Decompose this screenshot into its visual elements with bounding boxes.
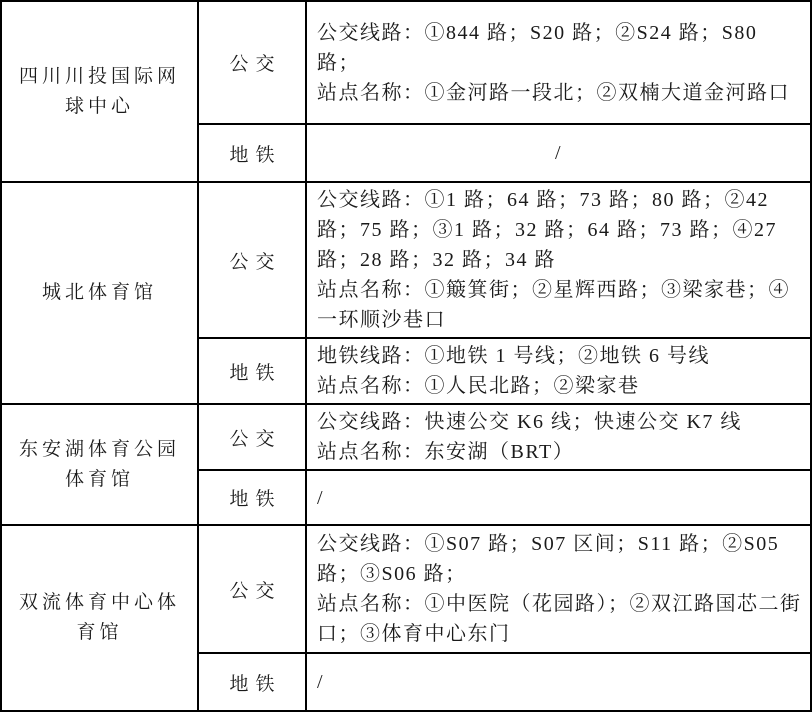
mode-cell-bus: 公交 [198,525,306,653]
table-row: 四川川投国际网球中心 公交 公交线路：①844 路；S20 路；②S24 路；S… [1,1,811,124]
detail-cell-bus: 公交线路：①S07 路；S07 区间；S11 路；②S05 路；③S06 路； … [306,525,811,653]
mode-cell-metro: 地铁 [198,124,306,182]
document-page: 四川川投国际网球中心 公交 公交线路：①844 路；S20 路；②S24 路；S… [0,0,812,713]
mode-cell-bus: 公交 [198,1,306,124]
mode-cell-metro: 地铁 [198,338,306,404]
mode-cell-bus: 公交 [198,404,306,470]
table-row: 城北体育馆 公交 公交线路：①1 路；64 路；73 路；80 路；②42 路；… [1,182,811,338]
detail-cell-metro: 地铁线路：①地铁 1 号线；②地铁 6 号线 站点名称：①人民北路；②梁家巷 [306,338,811,404]
table-row: 东安湖体育公园体育馆 公交 公交线路：快速公交 K6 线；快速公交 K7 线 站… [1,404,811,470]
transit-table: 四川川投国际网球中心 公交 公交线路：①844 路；S20 路；②S24 路；S… [0,0,812,712]
detail-cell-metro: / [306,124,811,182]
venue-cell: 四川川投国际网球中心 [1,1,198,182]
detail-cell-metro: / [306,653,811,711]
detail-cell-bus: 公交线路：快速公交 K6 线；快速公交 K7 线 站点名称：东安湖（BRT） [306,404,811,470]
mode-cell-bus: 公交 [198,182,306,338]
detail-cell-metro: / [306,470,811,525]
detail-cell-bus: 公交线路：①1 路；64 路；73 路；80 路；②42 路；75 路；③1 路… [306,182,811,338]
table-row: 双流体育中心体育馆 公交 公交线路：①S07 路；S07 区间；S11 路；②S… [1,525,811,653]
venue-cell: 双流体育中心体育馆 [1,525,198,711]
venue-cell: 城北体育馆 [1,182,198,404]
mode-cell-metro: 地铁 [198,470,306,525]
detail-cell-bus: 公交线路：①844 路；S20 路；②S24 路；S80 路； 站点名称：①金河… [306,1,811,124]
mode-cell-metro: 地铁 [198,653,306,711]
venue-cell: 东安湖体育公园体育馆 [1,404,198,525]
